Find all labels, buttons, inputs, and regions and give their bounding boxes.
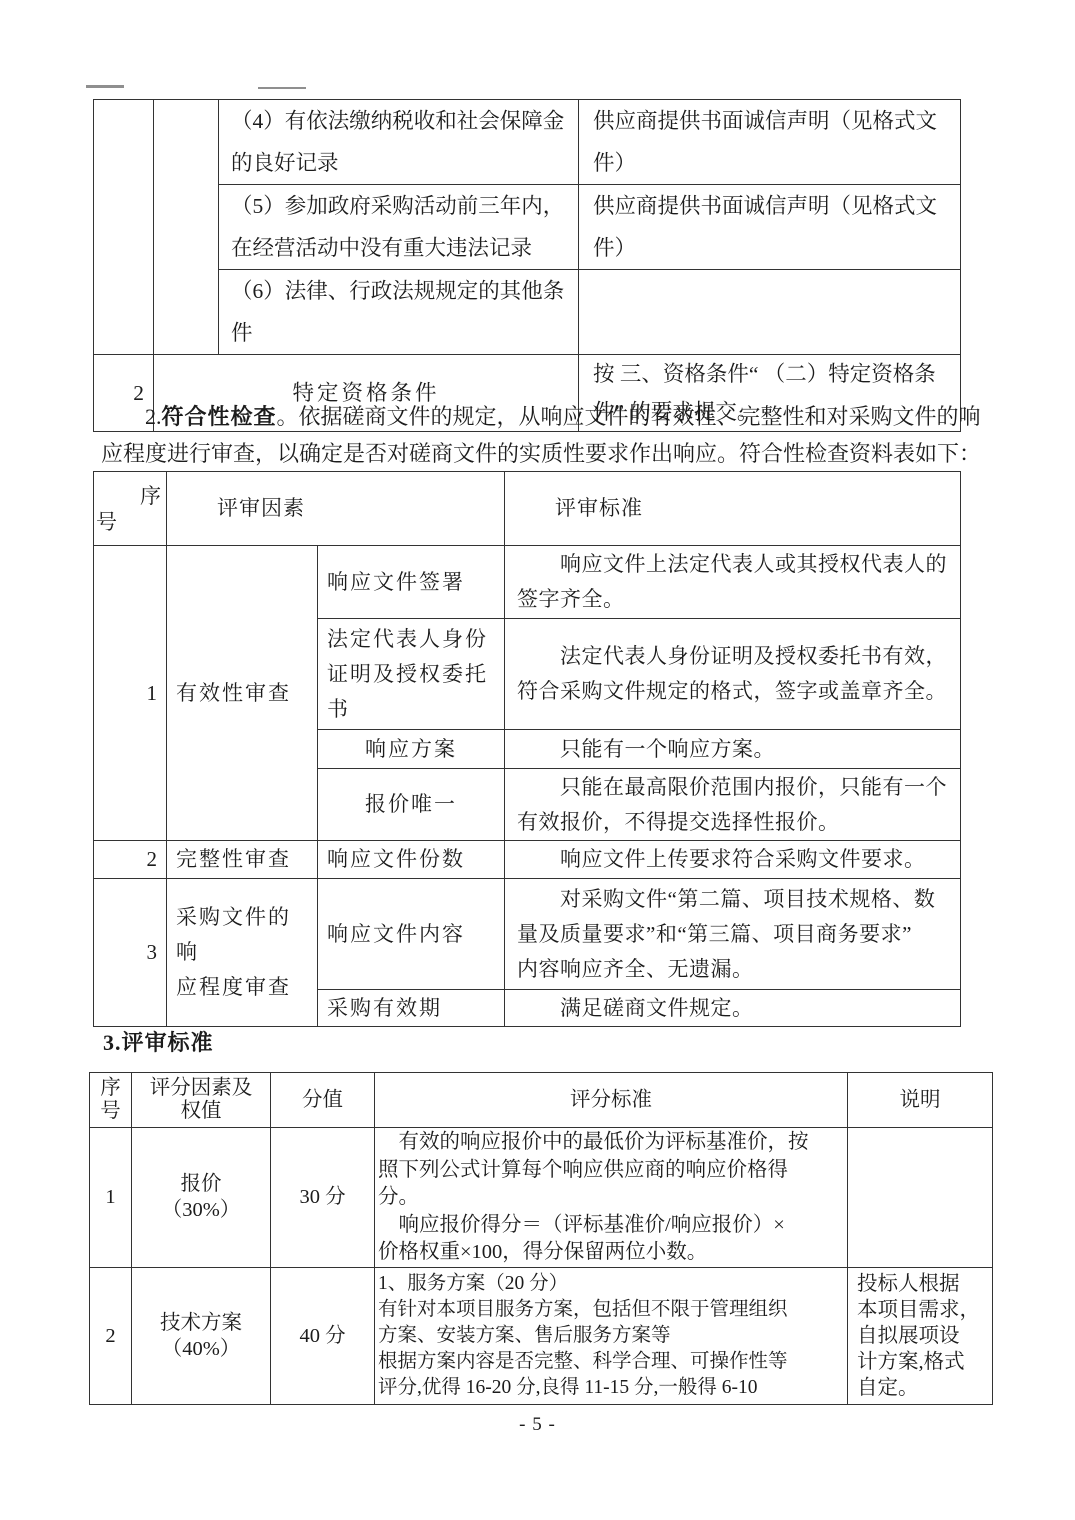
table-row: （6）法律、行政法规规定的其他条 件 — [94, 270, 961, 355]
table-header-row: 序 号 评分因素及 权值 分值 评分标准 说明 — [90, 1073, 993, 1128]
row-number-cell: 3 — [94, 879, 167, 1027]
unique-quote-cell: 报价唯一 — [318, 769, 505, 841]
validity-period-standard-cell: 满足磋商文件规定。 — [505, 990, 961, 1027]
table-row: （4）有依法缴纳税收和社会保障金 的良好记录 供应商提供书面诚信声明（见格式文 … — [94, 100, 961, 185]
scoring-standards-table: 序 号 评分因素及 权值 分值 评分标准 说明 1 报价 （30%） 30 分 … — [89, 1072, 993, 1405]
document-copies-cell: 响应文件份数 — [318, 841, 505, 879]
header-review-standard: 评审标准 — [505, 472, 961, 546]
price-factor-cell: 报价 （30%） — [132, 1128, 271, 1268]
row-number-cell: 1 — [94, 546, 167, 841]
document-copies-standard-cell: 响应文件上传要求符合采购文件要求。 — [505, 841, 961, 879]
table-row: 1 有效性审查 响应文件签署 响应文件上法定代表人或其授权代表人的 签字齐全。 — [94, 546, 961, 619]
table-row: （5）参加政府采购活动前三年内， 在经营活动中没有重大违法记录 供应商提供书面诚… — [94, 185, 961, 270]
header-serial-number: 序号 — [94, 472, 167, 546]
header-scoring-factor: 评分因素及 权值 — [132, 1073, 271, 1128]
row-number-cell: 2 — [90, 1267, 132, 1404]
table-row: 3 采购文件的响 应程度审查 响应文件内容 对采购文件“第二篇、项目技术规格、数… — [94, 879, 961, 990]
table-row: 2 技术方案 （40%） 40 分 1、服务方案（20 分） 有针对本项目服务方… — [90, 1267, 993, 1404]
technical-score-cell: 40 分 — [271, 1267, 375, 1404]
qualification-conditions-table: （4）有依法缴纳税收和社会保障金 的良好记录 供应商提供书面诚信声明（见格式文 … — [93, 99, 961, 432]
scan-artifact — [86, 85, 124, 88]
document-page: （4）有依法缴纳税收和社会保障金 的良好记录 供应商提供书面诚信声明（见格式文 … — [0, 0, 1075, 1520]
responsiveness-review-cell: 采购文件的响 应程度审查 — [167, 879, 318, 1027]
compliance-check-table: 序号 评审因素 评审标准 1 有效性审查 响应文件签署 响应文件上法定代表人或其… — [93, 471, 961, 1027]
table-row: 2 完整性审查 响应文件份数 响应文件上传要求符合采购文件要求。 — [94, 841, 961, 879]
row-number-cell: 2 — [94, 841, 167, 879]
header-score-value: 分值 — [271, 1073, 375, 1128]
response-plan-standard-cell: 只能有一个响应方案。 — [505, 730, 961, 769]
row-number-cell: 1 — [90, 1128, 132, 1268]
header-review-factor: 评审因素 — [167, 472, 505, 546]
validity-period-cell: 采购有效期 — [318, 990, 505, 1027]
legal-representative-standard-cell: 法定代表人身份证明及授权委托书有效， 符合采购文件规定的格式，签字或盖章齐全。 — [505, 619, 961, 730]
legal-representative-cell: 法定代表人身份 证明及授权委托 书 — [318, 619, 505, 730]
empty-cell — [154, 100, 219, 355]
technical-standard-cell: 1、服务方案（20 分） 有针对本项目服务方案，包括但不限于管理组织 方案、安装… — [375, 1267, 848, 1404]
condition-5-cell: （5）参加政府采购活动前三年内， 在经营活动中没有重大违法记录 — [219, 185, 579, 270]
condition-4-proof-cell: 供应商提供书面诚信声明（见格式文 件） — [579, 100, 961, 185]
technical-note-cell: 投标人根据 本项目需求， 自拟展项设 计方案,格式 自定。 — [848, 1267, 993, 1404]
header-scoring-standard: 评分标准 — [375, 1073, 848, 1128]
page-number: - 5 - — [0, 1412, 1075, 1438]
condition-6-cell: （6）法律、行政法规规定的其他条 件 — [219, 270, 579, 355]
section-heading: 3.评审标准 — [103, 1030, 214, 1056]
unique-quote-standard-cell: 只能在最高限价范围内报价，只能有一个 有效报价，不得提交选择性报价。 — [505, 769, 961, 841]
paragraph-bold-term: 符合性检查 — [162, 404, 277, 429]
technical-factor-cell: 技术方案 （40%） — [132, 1267, 271, 1404]
header-note: 说明 — [848, 1073, 993, 1128]
price-note-cell — [848, 1128, 993, 1268]
compliance-check-paragraph: 2.符合性检查。依据磋商文件的规定，从响应文件的有效性、完整性和对采购文件的响 … — [101, 398, 1021, 472]
scan-artifact — [258, 87, 306, 89]
condition-4-cell: （4）有依法缴纳税收和社会保障金 的良好记录 — [219, 100, 579, 185]
table-header-row: 序号 评审因素 评审标准 — [94, 472, 961, 546]
response-plan-cell: 响应方案 — [318, 730, 505, 769]
price-standard-cell: 有效的响应报价中的最低价为评标基准价，按 照下列公式计算每个响应供应商的响应价格… — [375, 1128, 848, 1268]
document-signing-standard-cell: 响应文件上法定代表人或其授权代表人的 签字齐全。 — [505, 546, 961, 619]
document-content-standard-cell: 对采购文件“第二篇、项目技术规格、数 量及质量要求”和“第三篇、项目商务要求” … — [505, 879, 961, 990]
condition-6-proof-cell — [579, 270, 961, 355]
header-serial-number: 序 号 — [90, 1073, 132, 1128]
price-score-cell: 30 分 — [271, 1128, 375, 1268]
document-content-cell: 响应文件内容 — [318, 879, 505, 990]
table-row: 1 报价 （30%） 30 分 有效的响应报价中的最低价为评标基准价，按 照下列… — [90, 1128, 993, 1268]
completeness-review-cell: 完整性审查 — [167, 841, 318, 879]
validity-review-cell: 有效性审查 — [167, 546, 318, 841]
condition-5-proof-cell: 供应商提供书面诚信声明（见格式文 件） — [579, 185, 961, 270]
paragraph-number: 2. — [145, 404, 162, 429]
empty-cell — [94, 100, 154, 355]
document-signing-cell: 响应文件签署 — [318, 546, 505, 619]
